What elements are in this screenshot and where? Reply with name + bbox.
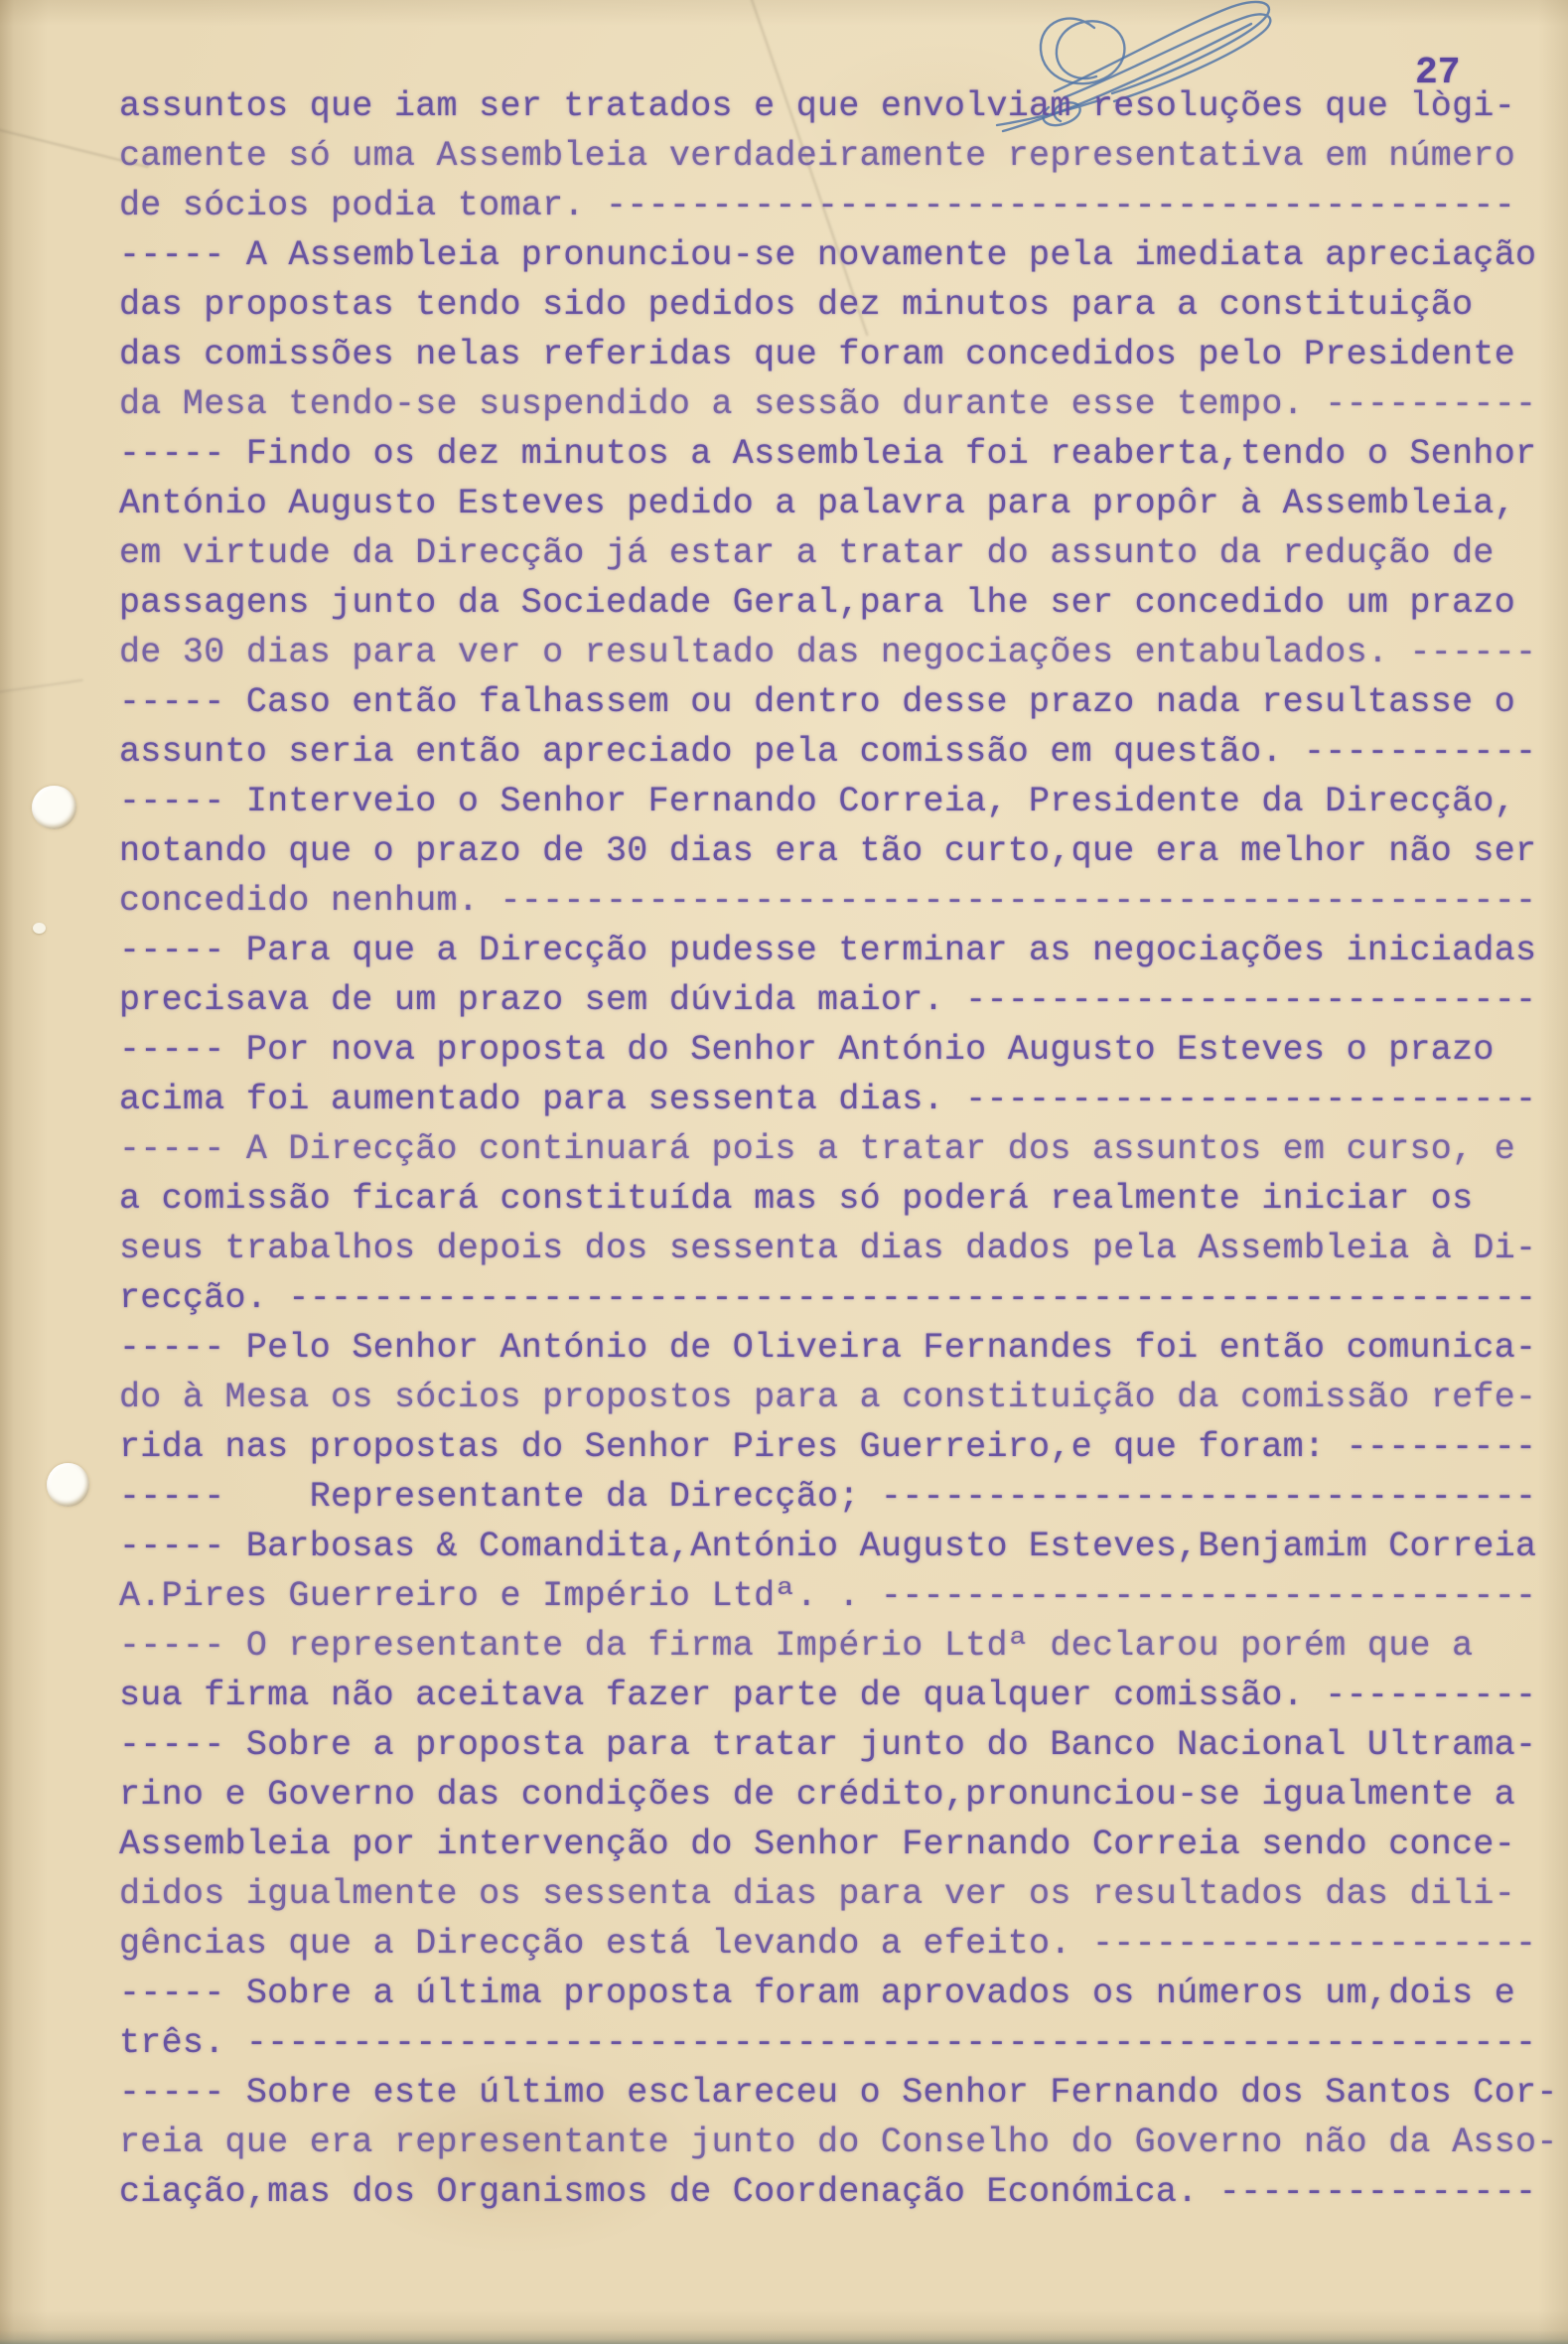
typewritten-line: A.Pires Guerreiro e Império Ltdª. . ----… xyxy=(119,1571,1549,1621)
typewritten-line: gências que a Direcção está levando a ef… xyxy=(119,1919,1549,1969)
typewritten-line: reia que era representante junto do Cons… xyxy=(119,2118,1549,2167)
typewritten-line: do à Mesa os sócios propostos para a con… xyxy=(119,1373,1549,1422)
typewritten-line: das propostas tendo sido pedidos dez min… xyxy=(119,280,1549,330)
typewritten-line: concedido nenhum. ----------------------… xyxy=(119,876,1549,926)
typewritten-line: ----- Para que a Direcção pudesse termin… xyxy=(119,926,1549,975)
typewritten-line: ----- Por nova proposta do Senhor Antóni… xyxy=(119,1025,1549,1075)
typewritten-line: ----- A Direcção continuará pois a trata… xyxy=(119,1124,1549,1174)
typewritten-line: ----- Caso então falhassem ou dentro des… xyxy=(119,677,1549,727)
typewritten-line: ----- Sobre este último esclareceu o Sen… xyxy=(119,2068,1549,2118)
typewritten-line: rida nas propostas do Senhor Pires Guerr… xyxy=(119,1422,1549,1472)
typewritten-line: notando que o prazo de 30 dias era tão c… xyxy=(119,826,1549,876)
typewritten-line: ----- Pelo Senhor António de Oliveira Fe… xyxy=(119,1323,1549,1373)
typewritten-text: assuntos que iam ser tratados e que envo… xyxy=(119,81,1549,2217)
typewritten-line: seus trabalhos depois dos sessenta dias … xyxy=(119,1224,1549,1273)
typewritten-line: ----- Interveio o Senhor Fernando Correi… xyxy=(119,777,1549,826)
typewritten-line: assunto seria então apreciado pela comis… xyxy=(119,727,1549,777)
typewritten-line: ----- Representante da Direcção; -------… xyxy=(119,1472,1549,1522)
typewritten-line: a comissão ficará constituída mas só pod… xyxy=(119,1174,1549,1224)
typewritten-line: recção. --------------------------------… xyxy=(119,1273,1549,1323)
typewritten-line: didos igualmente os sessenta dias para v… xyxy=(119,1869,1549,1919)
typewritten-line: de 30 dias para ver o resultado das nego… xyxy=(119,628,1549,677)
typewritten-line: assuntos que iam ser tratados e que envo… xyxy=(119,81,1549,131)
paper-crease xyxy=(0,679,83,694)
typewritten-line: em virtude da Direcção já estar a tratar… xyxy=(119,528,1549,578)
typewritten-line: ----- Sobre a proposta para tratar junto… xyxy=(119,1720,1549,1770)
punch-hole-bottom xyxy=(47,1463,89,1507)
typewritten-line: de sócios podia tomar. -----------------… xyxy=(119,181,1549,230)
typewritten-line: acima foi aumentado para sessenta dias. … xyxy=(119,1075,1549,1124)
typewritten-line: precisava de um prazo sem dúvida maior. … xyxy=(119,975,1549,1025)
typewritten-line: da Mesa tendo-se suspendido a sessão dur… xyxy=(119,379,1549,429)
typewritten-line: sua firma não aceitava fazer parte de qu… xyxy=(119,1671,1549,1720)
typewritten-line: ----- A Assembleia pronunciou-se novamen… xyxy=(119,230,1549,280)
typewritten-line: ----- Sobre a última proposta foram apro… xyxy=(119,1969,1549,2018)
typewritten-line: camente só uma Assembleia verdadeirament… xyxy=(119,131,1549,181)
typewritten-line: ciação,mas dos Organismos de Coordenação… xyxy=(119,2167,1549,2217)
punch-hole-top xyxy=(32,786,76,829)
paper-speck xyxy=(33,923,46,934)
typewritten-line: rino e Governo das condições de crédito,… xyxy=(119,1770,1549,1820)
typewritten-line: ----- Barbosas & Comandita,António Augus… xyxy=(119,1522,1549,1571)
typewritten-line: das comissões nelas referidas que foram … xyxy=(119,330,1549,379)
typewritten-line: passagens junto da Sociedade Geral,para … xyxy=(119,578,1549,628)
typewritten-line: António Augusto Esteves pedido a palavra… xyxy=(119,479,1549,528)
typewritten-line: ----- O representante da firma Império L… xyxy=(119,1621,1549,1671)
scanned-document-page: 27 assuntos que iam ser tratados e que e… xyxy=(0,0,1568,2344)
scan-edge-shadow xyxy=(0,2330,1568,2344)
typewritten-line: três. ----------------------------------… xyxy=(119,2018,1549,2068)
typewritten-line: Assembleia por intervenção do Senhor Fer… xyxy=(119,1820,1549,1869)
typewritten-line: ----- Findo os dez minutos a Assembleia … xyxy=(119,429,1549,479)
